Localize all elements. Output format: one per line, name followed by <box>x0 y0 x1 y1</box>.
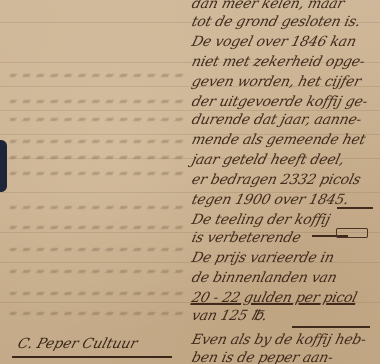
text-line: jaar geteld heeft deel, <box>190 152 346 168</box>
text-line: 20 - 22 gulden per picol <box>190 290 359 306</box>
text-line: De vogel over 1846 kan <box>190 34 358 50</box>
text-line: tot de grond gesloten is. <box>190 14 362 30</box>
text-line: tegen 1900 over 1845. <box>190 192 350 208</box>
bleed-through-text <box>10 292 186 295</box>
text-line: van 125 ℔. <box>190 308 269 324</box>
text-line: De prijs varieerde in <box>190 250 336 266</box>
bleed-through-text <box>10 172 186 175</box>
ruled-line <box>0 110 380 111</box>
text-line: er bedragen 2332 picols <box>190 172 362 188</box>
text-line: mende als gemeende het <box>190 132 367 148</box>
signature-underline <box>12 356 172 358</box>
line-filler-dash <box>337 207 373 209</box>
text-line: ben is de peper aan- <box>190 350 335 364</box>
bleed-through-text <box>10 156 186 159</box>
bleed-through-text <box>10 140 186 143</box>
text-line: der uitgevoerde koffij ge- <box>190 94 369 110</box>
signature-heading: C. Peper Cultuur <box>16 336 140 352</box>
line-filler-dash <box>292 326 370 328</box>
bleed-through-text <box>10 270 186 273</box>
binding-edge <box>0 140 7 192</box>
text-line: Even als by de koffij heb- <box>190 332 368 348</box>
ruled-line <box>0 232 380 233</box>
text-line: geven worden, het cijfer <box>190 74 363 90</box>
archive-stamp <box>336 228 368 238</box>
bleed-through-text <box>10 312 186 315</box>
text-line: de binnenlanden van <box>190 270 338 286</box>
bleed-through-text <box>10 248 186 251</box>
bleed-through-text <box>10 226 186 229</box>
document-page: dan meer kelen, maar tot de grond geslot… <box>0 0 380 364</box>
bleed-through-text <box>10 100 186 103</box>
text-line: durende dat jaar, aanne- <box>190 112 363 128</box>
text-line: De teeling der koffij <box>190 212 332 228</box>
text-line: niet met zekerheid opge- <box>190 54 366 70</box>
text-line: dan meer kelen, maar <box>190 0 346 12</box>
bleed-through-text <box>10 118 186 121</box>
bleed-through-text <box>10 74 186 77</box>
bleed-through-text <box>10 206 186 209</box>
text-line: is verbeterende <box>190 230 302 246</box>
